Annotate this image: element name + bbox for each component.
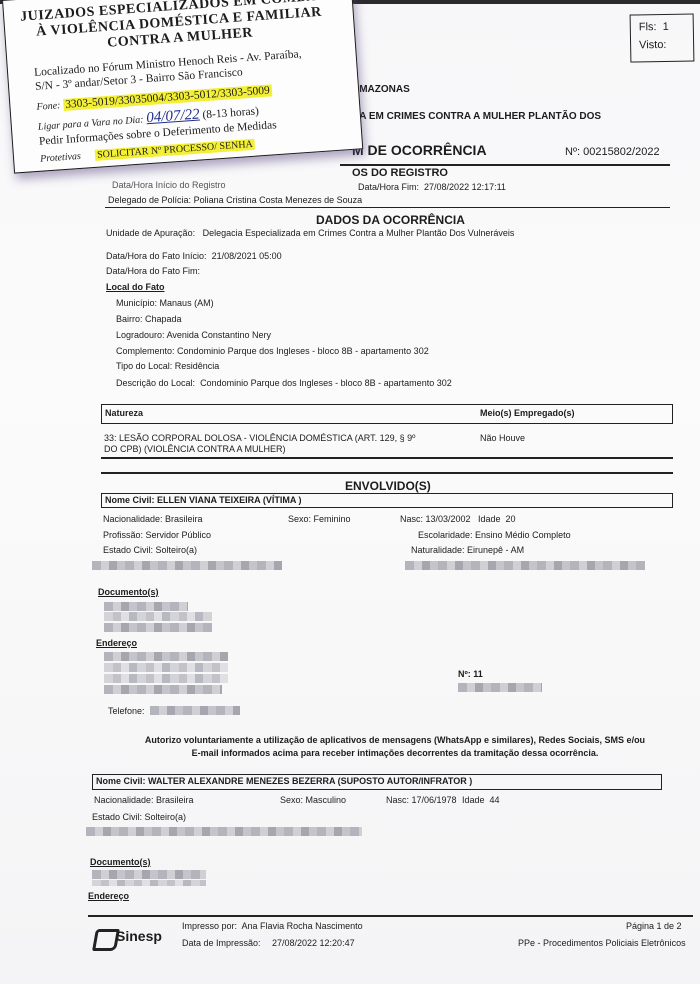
victim-name-box: Nome Civil: ELLEN VIANA TEIXEIRA (VÍTIMA… (101, 493, 673, 508)
meio-value: Não Houve (480, 433, 525, 443)
redacted-field (92, 870, 206, 879)
redacted-field (104, 674, 228, 683)
system-name: PPe - Procedimentos Policiais Eletrônico… (518, 938, 686, 948)
registro-start-label: Data/Hora Início do Registro (112, 180, 226, 190)
ocorrencia-title: DADOS DA OCORRÊNCIA (316, 213, 465, 227)
consent-line-2: E-mail informados acima para receber int… (100, 747, 690, 760)
footer-divider (88, 915, 693, 917)
local-municipio: Município: Manaus (AM) (116, 298, 214, 308)
natureza-header-box: Natureza Meio(s) Empregado(s) (101, 404, 673, 424)
redacted-field (86, 827, 362, 836)
divider (340, 164, 670, 166)
redacted-field (150, 706, 240, 715)
suspect-nacionalidade: Nacionalidade: Brasileira (94, 795, 194, 805)
occurrence-number: Nº: 00215802/2022 (565, 146, 660, 158)
court-sticky-note: JUIZADOS ESPECIALIZADOS EM COMBATE À VIO… (2, 0, 363, 174)
victim-nacionalidade: Nacionalidade: Brasileira (103, 514, 203, 524)
divider (101, 472, 673, 474)
print-date-value: 27/08/2022 12:20:47 (272, 938, 355, 948)
redacted-field (92, 561, 282, 570)
redacted-field (104, 652, 228, 661)
victim-telefone-label: Telefone: (108, 706, 145, 716)
suspect-idade: Idade 44 (462, 795, 500, 805)
victim-escolaridade: Escolaridade: Ensino Médio Completo (418, 530, 571, 540)
suspect-endereco-title: Endereço (88, 891, 129, 901)
suspect-name: Nome Civil: WALTER ALEXANDRE MENEZES BEZ… (96, 776, 472, 786)
fato-inicio: Data/Hora do Fato Início: 21/08/2021 05:… (106, 251, 282, 261)
unidade-apuracao: Unidade de Apuração: Delegacia Especiali… (106, 228, 514, 238)
meio-header: Meio(s) Empregado(s) (480, 408, 575, 418)
local-tipo: Tipo do Local: Residência (116, 361, 219, 371)
folio-box: Fls: 1 Visto: (630, 13, 695, 62)
divider (101, 457, 673, 459)
sinesp-logo-text: Sinesp (116, 928, 162, 944)
delegado: Delegado de Polícia: Poliana Cristina Co… (108, 195, 362, 205)
victim-estado-civil: Estado Civil: Solteiro(a) (103, 545, 197, 555)
suspect-nasc: Nasc: 17/06/1978 (386, 795, 457, 805)
fato-fim: Data/Hora do Fato Fim: (106, 266, 200, 276)
consent-line-1: Autorizo voluntariamente a utilização de… (100, 734, 690, 747)
natureza-value-2: DO CPB) (VIOLÊNCIA CONTRA A MULHER) (104, 444, 286, 454)
victim-name: Nome Civil: ELLEN VIANA TEIXEIRA (VÍTIMA… (105, 495, 302, 505)
victim-naturalidade: Naturalidade: Eirunepê - AM (411, 545, 524, 555)
print-date-label: Data de Impressão: (182, 938, 261, 948)
registro-title: OS DO REGISTRO (352, 167, 448, 179)
redacted-field (104, 623, 212, 632)
natureza-header: Natureza (105, 408, 143, 418)
local-descricao: Descrição do Local: Condominio Parque do… (116, 378, 452, 388)
victim-endereco-title: Endereço (96, 638, 137, 648)
registro-end: Data/Hora Fim: 27/08/2022 12:17:11 (358, 182, 506, 192)
natureza-value-1: 33: LESÃO CORPORAL DOLOSA - VIOLÊNCIA DO… (104, 433, 415, 443)
victim-sexo: Sexo: Feminino (288, 514, 351, 524)
document-page: Fls: 1 Visto: AMAZONAS DA EM CRIMES CONT… (0, 4, 700, 984)
consent-statement: Autorizo voluntariamente a utilização de… (100, 734, 690, 760)
redacted-field (92, 880, 206, 886)
redacted-field (458, 683, 542, 692)
header-state: AMAZONAS (352, 84, 410, 95)
redacted-field (104, 602, 188, 611)
fls-label: Fls: 1 (639, 21, 669, 34)
victim-nasc: Nasc: 13/03/2002 (400, 514, 471, 524)
suspect-sexo: Sexo: Masculino (280, 795, 346, 805)
redacted-field (405, 561, 645, 570)
suspect-estado-civil: Estado Civil: Solteiro(a) (92, 812, 186, 822)
local-title: Local do Fato (106, 282, 165, 292)
redacted-field (104, 685, 222, 694)
local-logradouro: Logradouro: Avenida Constantino Nery (116, 330, 271, 340)
victim-numero: Nº: 11 (458, 669, 483, 679)
printed-by: Impresso por: Ana Flavia Rocha Nasciment… (182, 921, 363, 931)
divider (105, 207, 670, 208)
header-unit: DA EM CRIMES CONTRA A MULHER PLANTÃO DOS (352, 111, 601, 122)
local-complemento: Complemento: Condominio Parque dos Ingle… (116, 346, 429, 356)
redacted-field (104, 612, 212, 621)
victim-profissao: Profissão: Servidor Público (103, 530, 211, 540)
victim-idade: Idade 20 (478, 514, 516, 524)
document-title: M DE OCORRÊNCIA (352, 142, 487, 158)
victim-documentos-title: Documento(s) (98, 587, 159, 597)
page-indicator: Página 1 de 2 (626, 921, 682, 931)
redacted-field (104, 663, 228, 672)
suspect-documentos-title: Documento(s) (90, 857, 151, 867)
envolvidos-title: ENVOLVIDO(S) (345, 479, 431, 493)
visto-label: Visto: (639, 39, 667, 51)
suspect-name-box: Nome Civil: WALTER ALEXANDRE MENEZES BEZ… (92, 774, 662, 790)
local-bairro: Bairro: Chapada (116, 314, 182, 324)
